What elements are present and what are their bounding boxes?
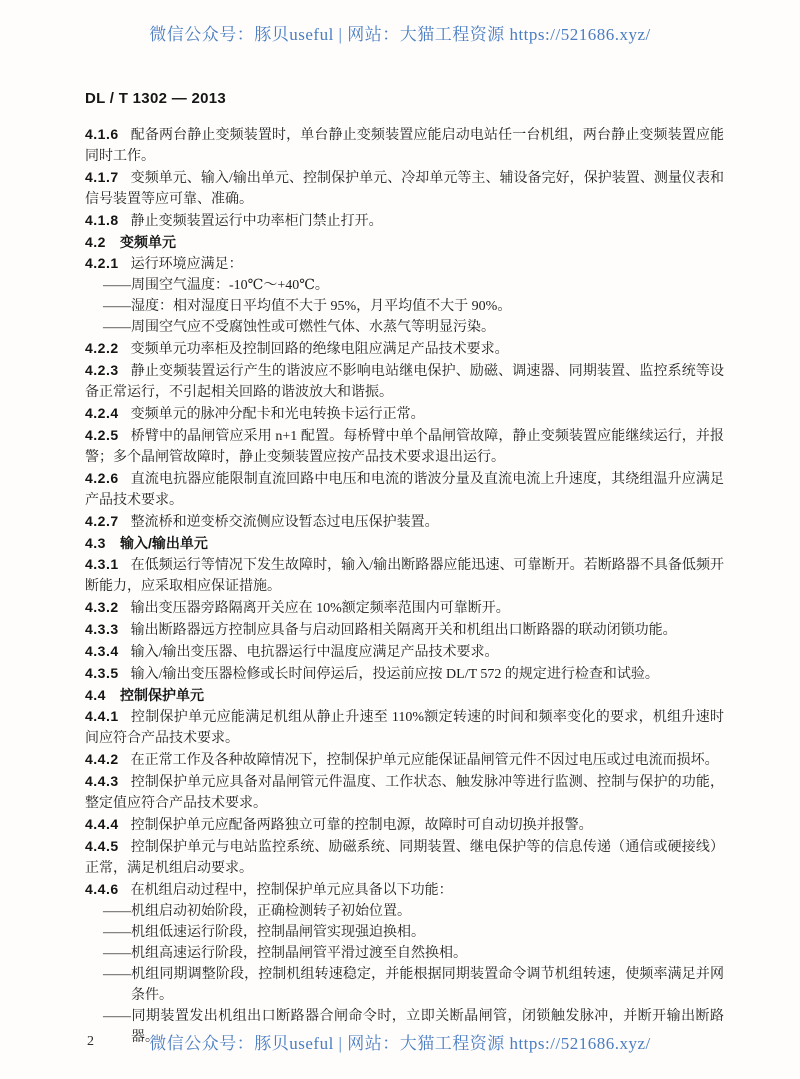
- clause-paragraph: 4.4.3控制保护单元应具备对晶闸管元件温度、工作状态、触发脉冲等进行监测、控制…: [85, 771, 724, 814]
- clause-paragraph: 4.1.7变频单元、输入/输出单元、控制保护单元、冷却单元等主、辅设备完好，保护…: [85, 167, 724, 210]
- clause-number: 4.4.6: [85, 881, 119, 897]
- paragraph-text: 输出变压器旁路隔离开关应在 10%额定频率范围内可靠断开。: [131, 601, 510, 616]
- clause-number: 4.4.2: [85, 751, 119, 767]
- clause-number: 4.1.8: [85, 212, 119, 228]
- clause-number: 4.2.6: [85, 470, 119, 486]
- paragraph-text: ——机组低速运行阶段，控制晶闸管实现强迫换相。: [103, 925, 425, 940]
- section-title: 变频单元: [120, 234, 176, 250]
- paragraph-text: ——周围空气温度：-10℃～+40℃。: [103, 278, 329, 293]
- paragraph-text: ——机组高速运行阶段，控制晶闸管平滑过渡至自然换相。: [103, 946, 467, 961]
- paragraph-text: 直流电抗器应能限制直流回路中电压和电流的谐波分量及直流电流上升速度，其绕组温升应…: [85, 472, 724, 508]
- paragraph-text: 控制保护单元应能满足机组从静止升速至 110%额定转速的时间和频率变化的要求，机…: [85, 710, 724, 746]
- clause-number: 4.4.3: [85, 773, 119, 789]
- dash-item: ——周围空气应不受腐蚀性或可燃性气体、水蒸气等明显污染。: [85, 317, 724, 338]
- watermark-top: 微信公众号：豚贝useful | 网站：大猫工程资源 https://52168…: [0, 20, 800, 45]
- dash-item: ——湿度：相对湿度日平均值不大于 95%，月平均值不大于 90%。: [85, 296, 724, 317]
- standard-number: DL / T 1302 — 2013: [85, 90, 226, 107]
- clause-number: 4.2.2: [85, 340, 119, 356]
- dash-item: ——机组高速运行阶段，控制晶闸管平滑过渡至自然换相。: [85, 943, 724, 964]
- clause-number: 4.3.1: [85, 556, 119, 572]
- dash-item: ——机组低速运行阶段，控制晶闸管实现强迫换相。: [85, 922, 724, 943]
- section-title: 控制保护单元: [120, 687, 204, 703]
- watermark-bottom: 微信公众号：豚贝useful | 网站：大猫工程资源 https://52168…: [0, 1029, 800, 1054]
- paragraph-text: ——机组同期调整阶段，控制机组转速稳定，并能根据同期装置命令调节机组转速，使频率…: [103, 967, 724, 1003]
- clause-number: 4.3.5: [85, 665, 119, 681]
- clause-paragraph: 4.4.1控制保护单元应能满足机组从静止升速至 110%额定转速的时间和频率变化…: [85, 706, 724, 749]
- paragraph-text: 控制保护单元应具备对晶闸管元件温度、工作状态、触发脉冲等进行监测、控制与保护的功…: [85, 775, 724, 811]
- clause-number: 4.3.4: [85, 643, 119, 659]
- clause-number: 4.3: [85, 535, 106, 551]
- clause-number: 4.3.3: [85, 621, 119, 637]
- paragraph-text: 输入/输出变压器、电抗器运行中温度应满足产品技术要求。: [131, 645, 499, 660]
- clause-number: 4.4.5: [85, 838, 119, 854]
- clause-paragraph: 4.2.2变频单元功率柜及控制回路的绝缘电阻应满足产品技术要求。: [85, 338, 724, 360]
- clause-paragraph: 4.2.1运行环境应满足：: [85, 253, 724, 275]
- paragraph-text: 变频单元、输入/输出单元、控制保护单元、冷却单元等主、辅设备完好，保护装置、测量…: [85, 171, 724, 207]
- clause-number: 4.2.5: [85, 427, 119, 443]
- clause-paragraph: 4.2.7整流桥和逆变桥交流侧应设暂态过电压保护装置。: [85, 511, 724, 533]
- paragraph-text: 桥臂中的晶闸管应采用 n+1 配置。每桥臂中单个晶闸管故障，静止变频装置应能继续…: [85, 429, 724, 465]
- paragraph-text: 变频单元功率柜及控制回路的绝缘电阻应满足产品技术要求。: [131, 342, 509, 357]
- clause-number: 4.4.1: [85, 708, 119, 724]
- paragraph-text: 变频单元的脉冲分配卡和光电转换卡运行正常。: [131, 407, 425, 422]
- document-page: 微信公众号：豚贝useful | 网站：大猫工程资源 https://52168…: [0, 0, 800, 1079]
- clause-paragraph: 4.4.4控制保护单元应配备两路独立可靠的控制电源，故障时可自动切换并报警。: [85, 814, 724, 836]
- clause-paragraph: 4.2.5桥臂中的晶闸管应采用 n+1 配置。每桥臂中单个晶闸管故障，静止变频装…: [85, 425, 724, 468]
- section-title: 输入/输出单元: [120, 535, 208, 551]
- paragraph-text: 控制保护单元应配备两路独立可靠的控制电源，故障时可自动切换并报警。: [131, 818, 593, 833]
- paragraph-text: ——周围空气应不受腐蚀性或可燃性气体、水蒸气等明显污染。: [103, 320, 495, 335]
- paragraph-text: 静止变频装置运行中功率柜门禁止打开。: [131, 214, 383, 229]
- clause-number: 4.4: [85, 687, 106, 703]
- clause-paragraph: 4.2.3静止变频装置运行产生的谐波应不影响电站继电保护、励磁、调速器、同期装置…: [85, 360, 724, 403]
- clause-paragraph: 4.1.8静止变频装置运行中功率柜门禁止打开。: [85, 210, 724, 232]
- paragraph-text: 输出断路器远方控制应具备与启动回路相关隔离开关和机组出口断路器的联动闭锁功能。: [131, 623, 677, 638]
- clause-paragraph: 4.4.6在机组启动过程中，控制保护单元应具备以下功能：: [85, 879, 724, 901]
- paragraph-text: ——机组启动初始阶段，正确检测转子初始位置。: [103, 904, 411, 919]
- paragraph-text: 在低频运行等情况下发生故障时，输入/输出断路器应能迅速、可靠断开。若断路器不具备…: [85, 558, 724, 594]
- clause-number: 4.2.1: [85, 255, 119, 271]
- clause-paragraph: 4.3.1在低频运行等情况下发生故障时，输入/输出断路器应能迅速、可靠断开。若断…: [85, 554, 724, 597]
- clause-number: 4.3.2: [85, 599, 119, 615]
- paragraph-text: 静止变频装置运行产生的谐波应不影响电站继电保护、励磁、调速器、同期装置、监控系统…: [85, 364, 724, 400]
- clause-paragraph: 4.3.3输出断路器远方控制应具备与启动回路相关隔离开关和机组出口断路器的联动闭…: [85, 619, 724, 641]
- clause-number: 4.2.4: [85, 405, 119, 421]
- dash-item: ——机组同期调整阶段，控制机组转速稳定，并能根据同期装置命令调节机组转速，使频率…: [85, 964, 724, 1006]
- section-heading: 4.3输入/输出单元: [85, 533, 724, 554]
- paragraph-text: 输入/输出变压器检修或长时间停运后，投运前应按 DL/T 572 的规定进行检查…: [131, 667, 659, 682]
- clause-paragraph: 4.4.5控制保护单元与电站监控系统、励磁系统、同期装置、继电保护等的信息传递（…: [85, 836, 724, 879]
- clause-paragraph: 4.3.4输入/输出变压器、电抗器运行中温度应满足产品技术要求。: [85, 641, 724, 663]
- clause-number: 4.4.4: [85, 816, 119, 832]
- paragraph-text: 配备两台静止变频装置时，单台静止变频装置应能启动电站任一台机组，两台静止变频装置…: [85, 128, 724, 164]
- paragraph-text: 控制保护单元与电站监控系统、励磁系统、同期装置、继电保护等的信息传递（通信或硬接…: [85, 840, 724, 876]
- paragraph-text: 运行环境应满足：: [131, 257, 243, 272]
- clause-number: 4.2.3: [85, 362, 119, 378]
- paragraph-text: 在机组启动过程中，控制保护单元应具备以下功能：: [131, 883, 453, 898]
- clause-paragraph: 4.3.2输出变压器旁路隔离开关应在 10%额定频率范围内可靠断开。: [85, 597, 724, 619]
- document-body: 4.1.6配备两台静止变频装置时，单台静止变频装置应能启动电站任一台机组，两台静…: [85, 124, 724, 1048]
- clause-number: 4.2.7: [85, 513, 119, 529]
- paragraph-text: ——湿度：相对湿度日平均值不大于 95%，月平均值不大于 90%。: [103, 299, 511, 314]
- paragraph-text: 在正常工作及各种故障情况下，控制保护单元应能保证晶闸管元件不因过电压或过电流而损…: [131, 753, 719, 768]
- section-heading: 4.2变频单元: [85, 232, 724, 253]
- clause-paragraph: 4.4.2在正常工作及各种故障情况下，控制保护单元应能保证晶闸管元件不因过电压或…: [85, 749, 724, 771]
- clause-paragraph: 4.2.6直流电抗器应能限制直流回路中电压和电流的谐波分量及直流电流上升速度，其…: [85, 468, 724, 511]
- section-heading: 4.4控制保护单元: [85, 685, 724, 706]
- clause-paragraph: 4.1.6配备两台静止变频装置时，单台静止变频装置应能启动电站任一台机组，两台静…: [85, 124, 724, 167]
- dash-item: ——周围空气温度：-10℃～+40℃。: [85, 275, 724, 296]
- clause-paragraph: 4.2.4变频单元的脉冲分配卡和光电转换卡运行正常。: [85, 403, 724, 425]
- clause-paragraph: 4.3.5输入/输出变压器检修或长时间停运后，投运前应按 DL/T 572 的规…: [85, 663, 724, 685]
- clause-number: 4.1.7: [85, 169, 119, 185]
- clause-number: 4.1.6: [85, 126, 119, 142]
- clause-number: 4.2: [85, 234, 106, 250]
- dash-item: ——机组启动初始阶段，正确检测转子初始位置。: [85, 901, 724, 922]
- paragraph-text: 整流桥和逆变桥交流侧应设暂态过电压保护装置。: [131, 515, 439, 530]
